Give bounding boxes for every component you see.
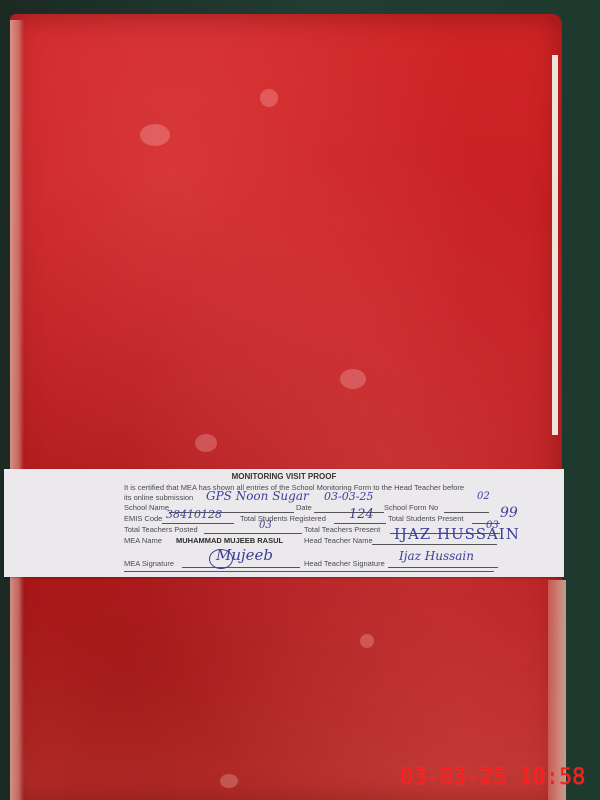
teachers-posted-label: Total Teachers Posted xyxy=(124,525,198,534)
school-name-label: School Name xyxy=(124,503,169,512)
students-registered-value: 124 xyxy=(349,507,374,522)
head-teacher-signature-rule xyxy=(388,567,498,568)
date-label: Date xyxy=(296,503,312,512)
photo-timestamp: 03-03-25 10:58 xyxy=(400,765,585,790)
school-name-value: GPS Noon Sugar xyxy=(206,489,309,503)
date-value: 03-03-25 xyxy=(324,490,373,503)
cover-scuff xyxy=(220,774,238,788)
school-form-no-value: 02 xyxy=(477,491,490,502)
emis-code-rule xyxy=(162,523,234,524)
teachers-posted-rule xyxy=(204,533,302,534)
cover-scuff xyxy=(140,124,170,146)
students-present-label: Total Students Present xyxy=(388,514,463,523)
form-title: MONITORING VISIT PROOF xyxy=(4,472,564,481)
head-teacher-signature-label: Head Teacher Signature xyxy=(304,559,385,568)
teachers-present-label: Total Teachers Present xyxy=(304,525,380,534)
red-book-cover xyxy=(10,14,562,800)
head-teacher-signature-value: Ijaz Hussain xyxy=(399,549,474,563)
book-page-edges xyxy=(552,55,558,435)
emis-code-value: 38410128 xyxy=(166,508,222,521)
mea-name-label: MEA Name xyxy=(124,536,162,545)
students-present-value: 99 xyxy=(500,505,518,521)
head-teacher-name-value: IJAZ HUSSAIN xyxy=(394,525,520,543)
mea-signature-circle xyxy=(209,549,233,569)
teachers-posted-value: 03 xyxy=(259,520,272,531)
school-form-no-label: School Form No xyxy=(384,503,438,512)
mea-signature-rule xyxy=(182,567,300,568)
head-teacher-name-label: Head Teacher Name xyxy=(304,536,373,545)
certification-text-cont: its online submission xyxy=(124,493,193,502)
students-registered-rule xyxy=(334,523,386,524)
cover-scuff xyxy=(260,89,278,107)
book-spine-edge xyxy=(10,20,24,800)
cover-scuff xyxy=(360,634,374,648)
school-form-no-rule xyxy=(444,512,489,513)
monitoring-visit-proof-slip: MONITORING VISIT PROOF It is certified t… xyxy=(4,469,564,577)
cover-scuff xyxy=(195,434,217,452)
emis-code-label: EMIS Code xyxy=(124,514,162,523)
form-bottom-rule xyxy=(124,571,494,572)
head-teacher-name-rule xyxy=(372,544,497,545)
mea-signature-label: MEA Signature xyxy=(124,559,174,568)
mea-name-value: MUHAMMAD MUJEEB RASUL xyxy=(176,536,283,545)
students-registered-label: Total Students Registered xyxy=(240,514,326,523)
cover-scuff xyxy=(340,369,366,389)
